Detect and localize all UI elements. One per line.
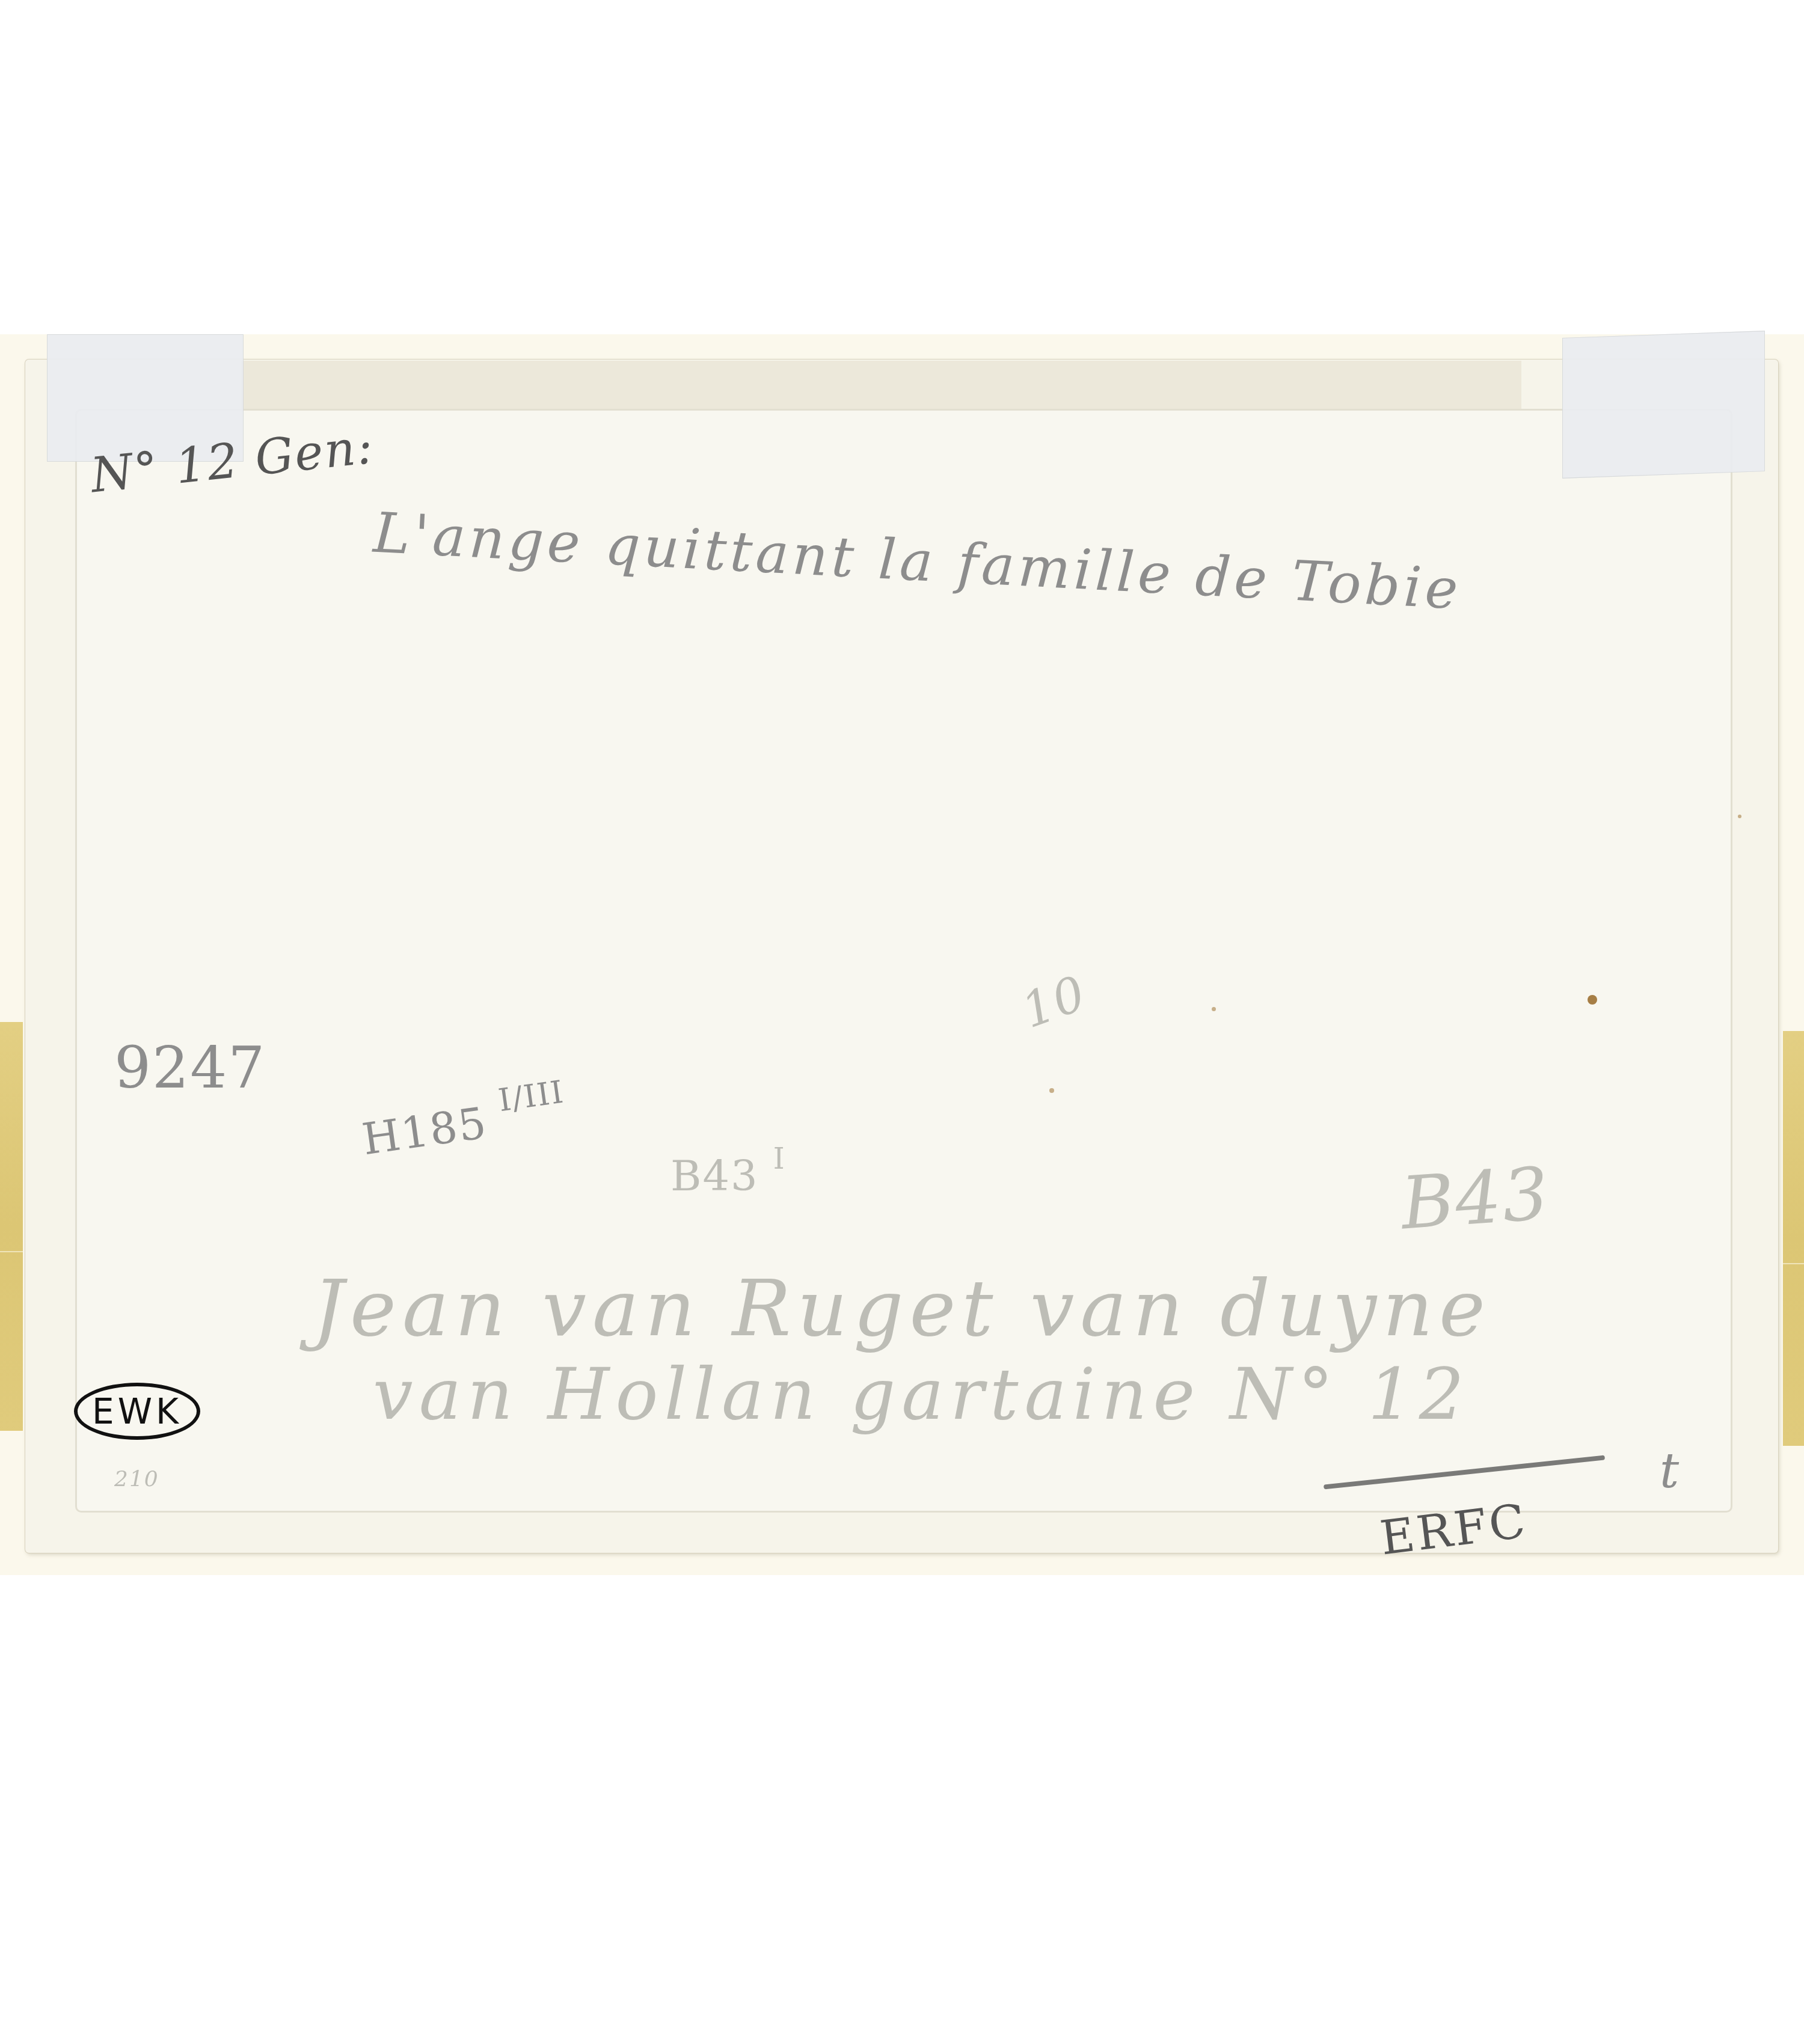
stamp-text: EWK [92, 1391, 182, 1432]
bartsch-reference-small: B43 I [670, 1142, 786, 1201]
bartsch-number: B43 [670, 1151, 759, 1201]
left-mustard-edge [0, 1022, 23, 1431]
collector-stamp: EWK [74, 1383, 200, 1440]
foxing-spot [1588, 995, 1597, 1005]
bartsch-reference-large: B43 [1398, 1152, 1552, 1246]
inventory-number: 9247 [114, 1034, 266, 1101]
lower-inscription-line-1: Jean van Ruget van duyne [313, 1262, 1491, 1354]
hinge-tape-right [1562, 331, 1765, 479]
foxing-spot [1738, 815, 1741, 818]
right-mustard-edge [1783, 1031, 1804, 1446]
stray-mark: t [1660, 1443, 1680, 1499]
small-number: 210 [114, 1467, 159, 1492]
bartsch-state: I [773, 1142, 786, 1176]
foxing-spot [1212, 1007, 1216, 1011]
top-discoloration-band [241, 361, 1521, 409]
lower-inscription-line-2: van Hollan gartaine N° 12 [373, 1353, 1470, 1436]
foxing-spot [1049, 1088, 1054, 1093]
